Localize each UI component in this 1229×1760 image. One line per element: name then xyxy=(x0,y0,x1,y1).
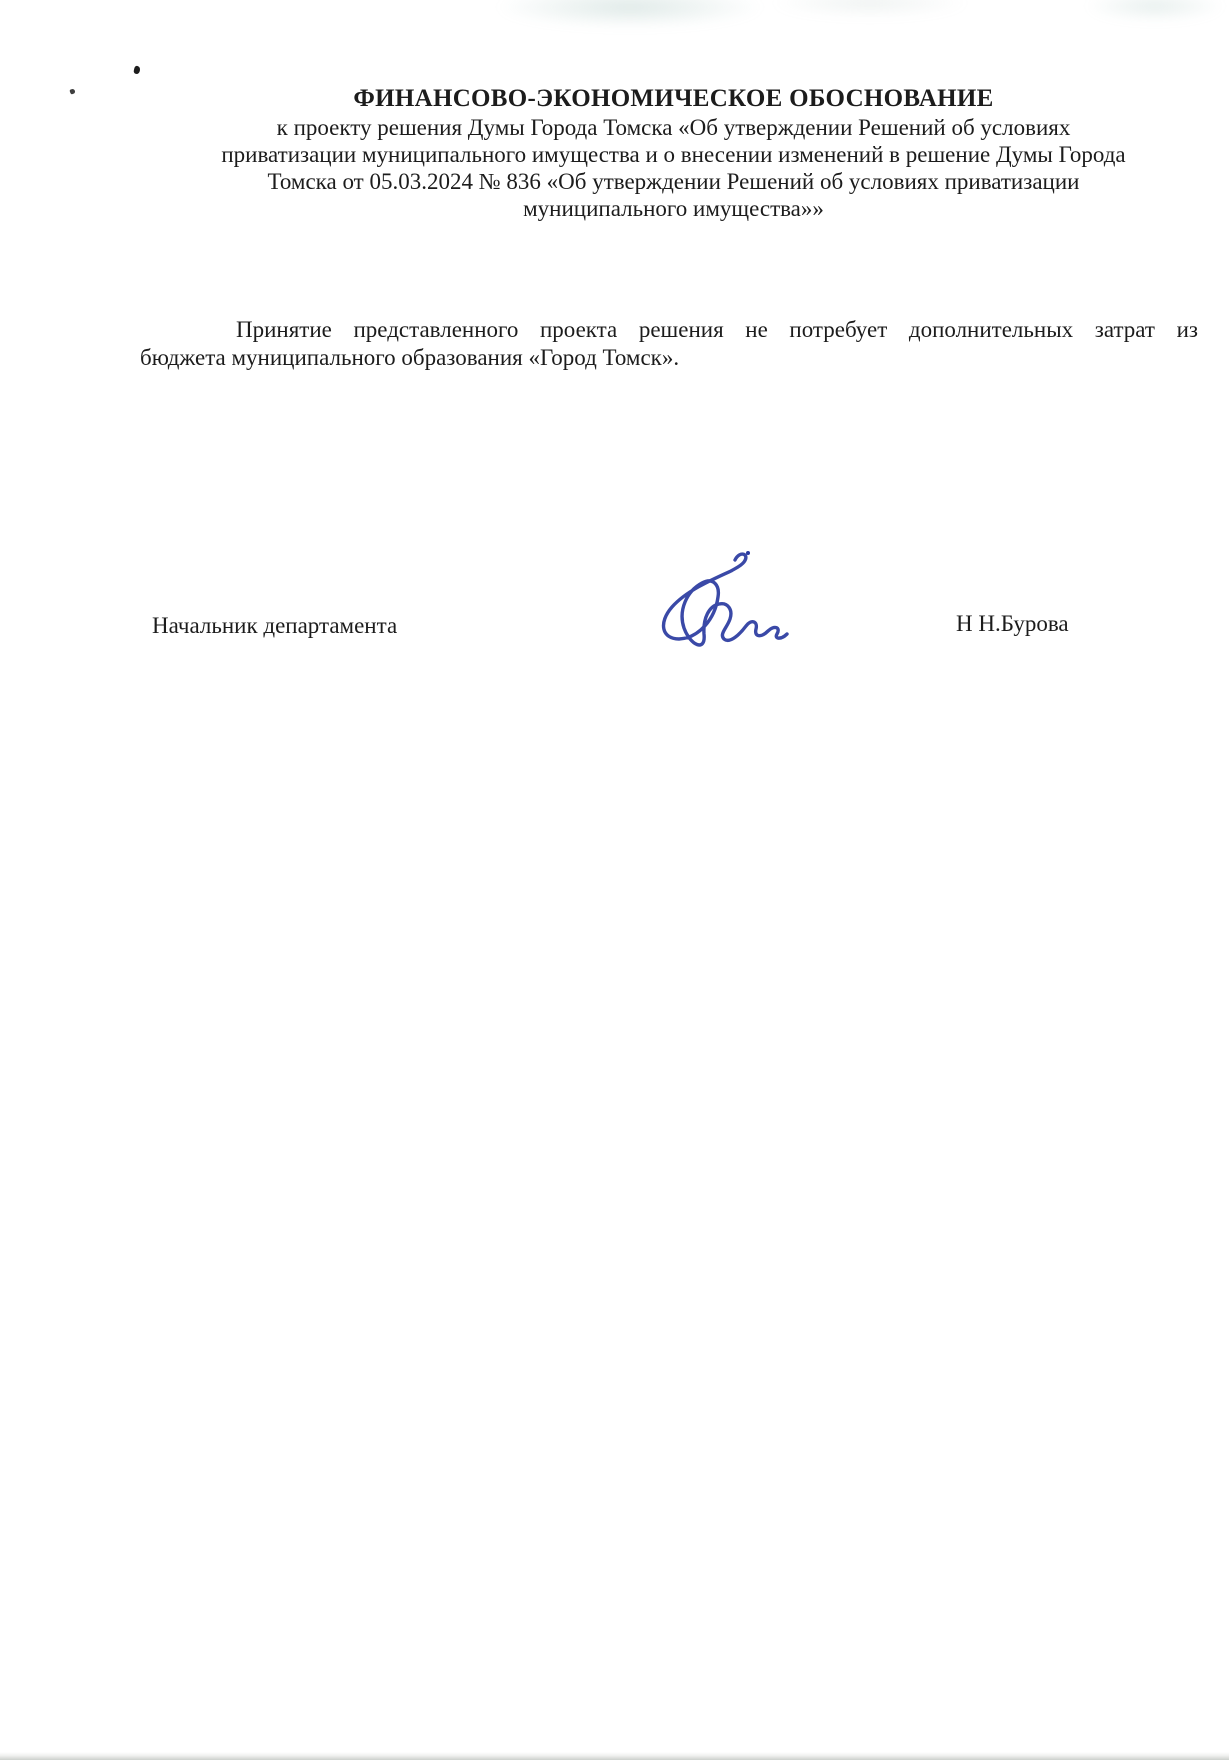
document-subtitle-line: муниципального имущества»» xyxy=(150,195,1197,222)
signature-stroke xyxy=(664,554,787,645)
document-title: ФИНАНСОВО-ЭКОНОМИЧЕСКОЕ ОБОСНОВАНИЕ xyxy=(150,84,1197,114)
signer-position-label: Начальник департамента xyxy=(152,612,397,640)
ink-speck xyxy=(133,65,141,74)
signature-pen-dot xyxy=(746,551,750,555)
scan-smudge xyxy=(770,0,970,18)
handwritten-signature-icon xyxy=(646,546,798,664)
document-subtitle-line: приватизации муниципального имущества и … xyxy=(150,141,1197,168)
scan-smudge xyxy=(495,0,765,28)
body-paragraph: Принятие представленного проекта решения… xyxy=(140,316,1198,372)
signer-name: Н Н.Бурова xyxy=(956,610,1069,638)
document-subtitle-line: Томска от 05.03.2024 № 836 «Об утвержден… xyxy=(150,168,1197,195)
document-subtitle-line: к проекту решения Думы Города Томска «Об… xyxy=(150,114,1197,141)
body-paragraph-line: Принятие представленного проекта решения… xyxy=(140,316,1198,344)
scanned-document-page: ФИНАНСОВО-ЭКОНОМИЧЕСКОЕ ОБОСНОВАНИЕ к пр… xyxy=(0,0,1229,1760)
document-header: ФИНАНСОВО-ЭКОНОМИЧЕСКОЕ ОБОСНОВАНИЕ к пр… xyxy=(150,84,1197,222)
body-paragraph-line: бюджета муниципального образования «Горо… xyxy=(140,344,1198,372)
ink-speck xyxy=(69,88,75,94)
scan-smudge xyxy=(1085,0,1225,22)
scan-edge-shadow xyxy=(0,1752,1229,1760)
